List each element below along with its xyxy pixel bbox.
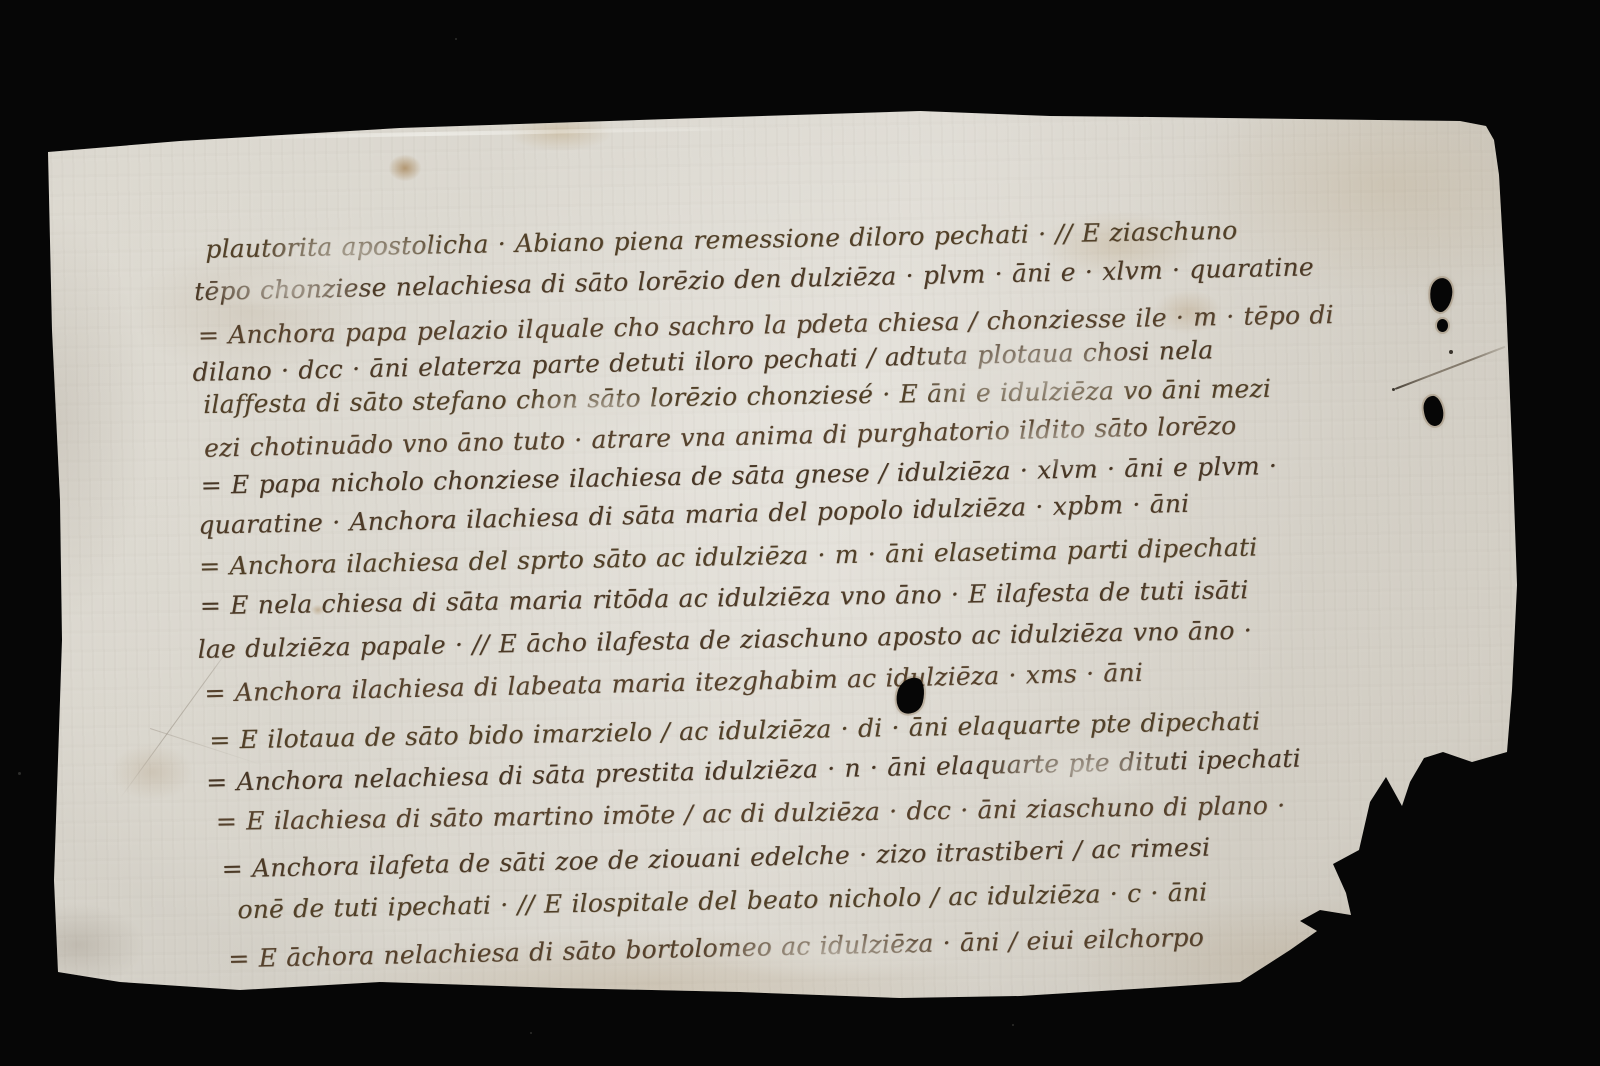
manuscript-page: plautorita apostolicha · Abiano piena re… <box>0 0 1600 1066</box>
manuscript-line: = E nela chiesa di sāta maria ritōda ac … <box>200 577 1249 619</box>
manuscript-line: = E āchora nelachiesa di sāto bortolomeo… <box>228 925 1204 973</box>
manuscript-text-block: plautorita apostolicha · Abiano piena re… <box>190 209 1344 1030</box>
dust-speck <box>1012 1024 1014 1026</box>
dust-speck <box>530 1032 532 1034</box>
worm-hole <box>1422 395 1446 428</box>
ink-dot <box>1449 350 1453 354</box>
photo-background: plautorita apostolicha · Abiano piena re… <box>0 0 1600 1066</box>
dust-speck <box>455 38 457 40</box>
manuscript-line: = Anchora ilachiesa del sprto sāto ac id… <box>199 534 1258 579</box>
manuscript-line: = Anchora ilachiesa di labeata maria ite… <box>204 660 1143 707</box>
dust-speck <box>18 772 21 775</box>
edge-highlight <box>940 106 1480 114</box>
edge-highlight <box>210 126 750 140</box>
manuscript-line: = E ilotaua de sāto bido imarzielo / ac … <box>209 708 1260 753</box>
manuscript-line: quaratine · Anchora ilachiesa di sāta ma… <box>198 491 1189 539</box>
worm-hole <box>1437 319 1448 332</box>
manuscript-line: lae dulziēza papale · // E ācho ilafesta… <box>197 618 1252 663</box>
manuscript-line: plautorita apostolicha · Abiano piena re… <box>205 218 1238 263</box>
worm-hole <box>1428 277 1455 314</box>
manuscript-line: = Anchora nelachiesa di sāta prestita id… <box>206 746 1301 796</box>
manuscript-line: onē de tuti ipechati · // E ilospitale d… <box>237 879 1207 923</box>
manuscript-line: = Anchora ilafeta de sāti zoe de ziouani… <box>221 835 1210 883</box>
manuscript-line: = E ilachiesa di sāto martino imōte / ac… <box>216 793 1286 835</box>
manuscript-line: tēpo chonziese nelachiesa di sāto lorēzi… <box>194 254 1314 305</box>
ink-dot <box>1392 388 1395 391</box>
